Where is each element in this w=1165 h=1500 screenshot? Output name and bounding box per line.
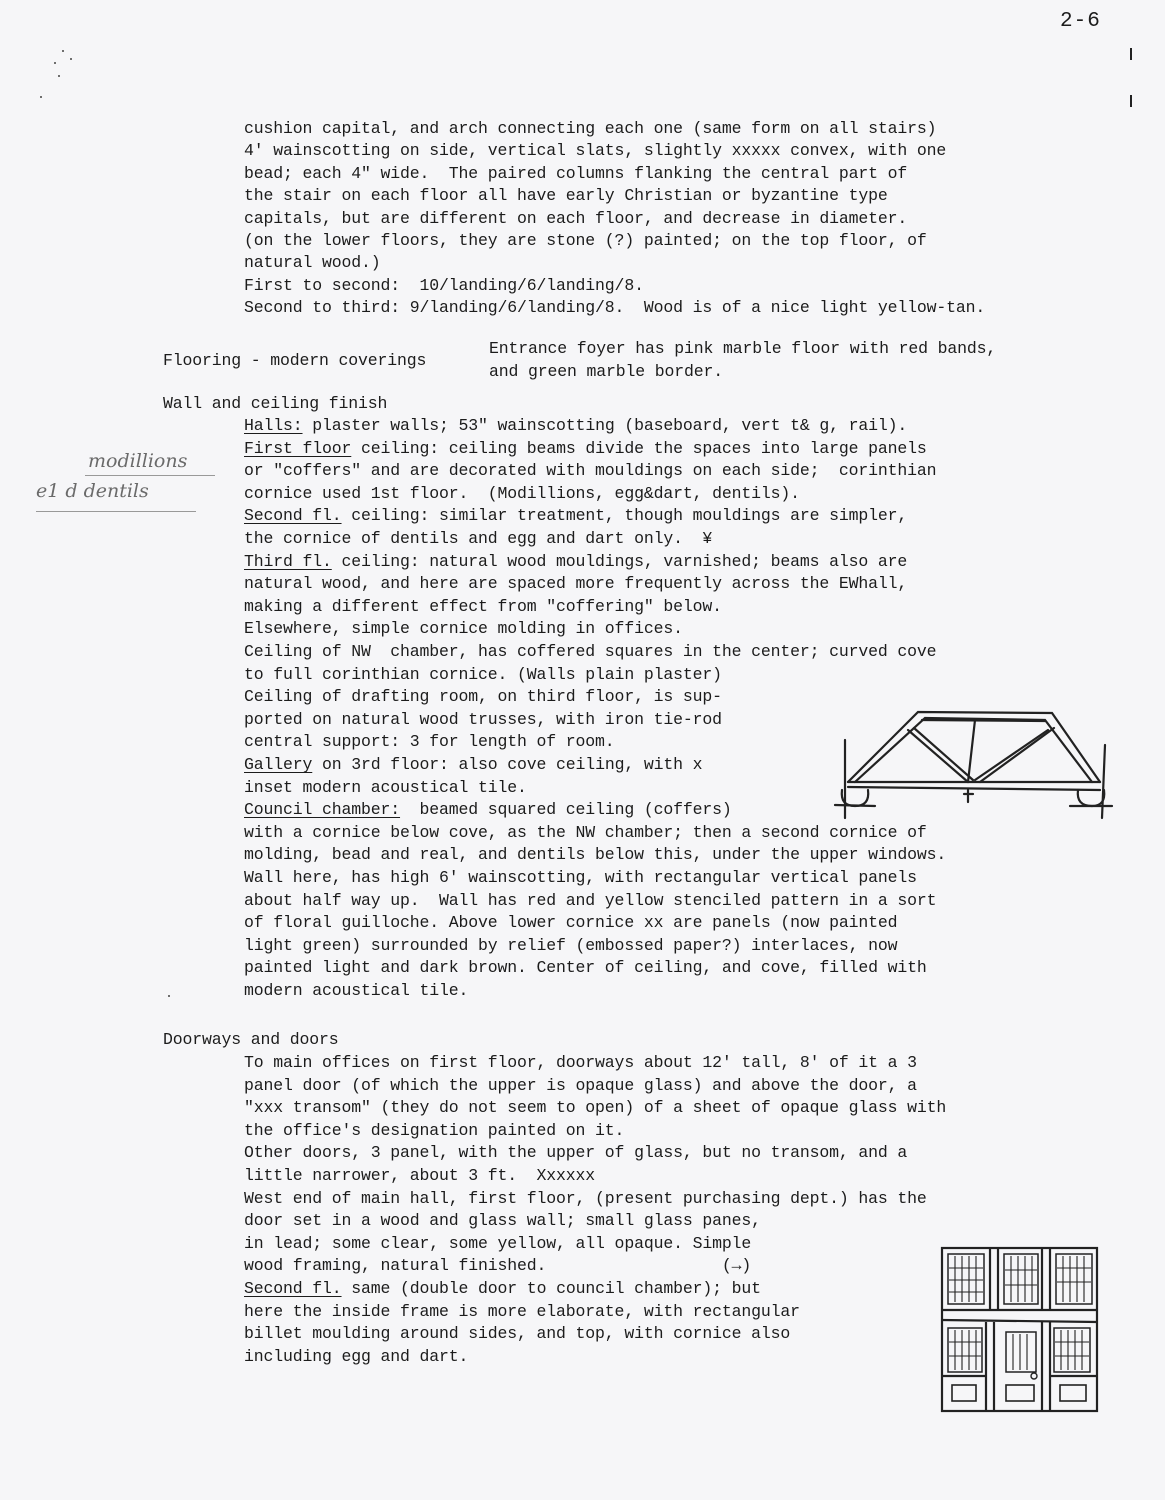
- text-line: natural wood.): [244, 252, 381, 274]
- line-text: molding, bead and real, and dentils belo…: [244, 845, 946, 864]
- text-line: Other doors, 3 panel, with the upper of …: [244, 1142, 907, 1164]
- line-text: inset modern acoustical tile.: [244, 778, 527, 797]
- line-text: natural wood, and here are spaced more f…: [244, 574, 907, 593]
- underlined-label: Council chamber:: [244, 800, 400, 819]
- margin-mark: [1130, 48, 1132, 60]
- underlined-label: Third fl.: [244, 552, 332, 571]
- text-line: light green) surrounded by relief (embos…: [244, 935, 897, 957]
- text-line: Halls: plaster walls; 53" wainscotting (…: [244, 415, 907, 437]
- text-line: or "coffers" and are decorated with moul…: [244, 460, 936, 482]
- text-line: painted light and dark brown. Center of …: [244, 957, 927, 979]
- page-number: 2-6: [1060, 10, 1101, 33]
- underlined-label: Second fl.: [244, 506, 342, 525]
- text-line: cushion capital, and arch connecting eac…: [244, 118, 936, 140]
- text-line: the stair on each floor all have early C…: [244, 185, 888, 207]
- text-line: natural wood, and here are spaced more f…: [244, 573, 907, 595]
- line-text: painted light and dark brown. Center of …: [244, 958, 927, 977]
- text-line: Elsewhere, simple cornice molding in off…: [244, 618, 683, 640]
- line-text: in lead; some clear, some yellow, all op…: [244, 1234, 751, 1253]
- line-text: Wall here, has high 6' wainscotting, wit…: [244, 868, 917, 887]
- line-text: here the inside frame is more elaborate,…: [244, 1302, 800, 1321]
- text-line: West end of main hall, first floor, (pre…: [244, 1188, 927, 1210]
- line-text: to full corinthian cornice. (Walls plain…: [244, 665, 722, 684]
- text-line: about half way up. Wall has red and yell…: [244, 890, 936, 912]
- text-line: the office's designation painted on it.: [244, 1120, 624, 1142]
- text-line: in lead; some clear, some yellow, all op…: [244, 1233, 751, 1255]
- text-line: Second to third: 9/landing/6/landing/8. …: [244, 297, 985, 319]
- line-text: central support: 3 for length of room.: [244, 732, 615, 751]
- line-text: Ceiling of NW chamber, has coffered squa…: [244, 642, 936, 661]
- line-text: ceiling: natural wood mouldings, varnish…: [332, 552, 907, 571]
- line-text: with a cornice below cove, as the NW cha…: [244, 823, 927, 842]
- text-line: here the inside frame is more elaborate,…: [244, 1301, 800, 1323]
- line-text: making a different effect from "cofferin…: [244, 597, 722, 616]
- text-line: little narrower, about 3 ft. Xxxxxx: [244, 1165, 595, 1187]
- margin-note-2: e1 d dentils: [36, 480, 149, 502]
- line-text: little narrower, about 3 ft. Xxxxxx: [244, 1166, 595, 1185]
- text-line: panel door (of which the upper is opaque…: [244, 1075, 917, 1097]
- text-line: "xxx transom" (they do not seem to open)…: [244, 1097, 946, 1119]
- underlined-label: Halls:: [244, 416, 303, 435]
- roof-truss-sketch: [830, 690, 1130, 820]
- text-line: (on the lower floors, they are stone (?)…: [244, 230, 927, 252]
- line-text: of floral guilloche. Above lower cornice…: [244, 913, 897, 932]
- line-text: ceiling: ceiling beams divide the spaces…: [351, 439, 926, 458]
- underlined-label: Second fl.: [244, 1279, 342, 1298]
- underlined-label: First floor: [244, 439, 351, 458]
- text-line: modern acoustical tile.: [244, 980, 468, 1002]
- underlined-label: Gallery: [244, 755, 312, 774]
- line-text: West end of main hall, first floor, (pre…: [244, 1189, 927, 1208]
- text-line: Third fl. ceiling: natural wood moulding…: [244, 551, 907, 573]
- line-text: panel door (of which the upper is opaque…: [244, 1076, 917, 1095]
- line-text: billet moulding around sides, and top, w…: [244, 1324, 790, 1343]
- text-line: ported on natural wood trusses, with iro…: [244, 709, 722, 731]
- line-text: the cornice of dentils and egg and dart …: [244, 529, 712, 548]
- line-text: same (double door to council chamber); b…: [342, 1279, 761, 1298]
- line-text: beamed squared ceiling (coffers): [400, 800, 732, 819]
- text-line: making a different effect from "cofferin…: [244, 596, 722, 618]
- line-text: ceiling: similar treatment, though mould…: [342, 506, 908, 525]
- text-line: First to second: 10/landing/6/landing/8.: [244, 275, 644, 297]
- line-text: To main offices on first floor, doorways…: [244, 1053, 917, 1072]
- line-text: Elsewhere, simple cornice molding in off…: [244, 619, 683, 638]
- line-text: wood framing, natural finished. (→): [244, 1256, 751, 1275]
- flooring-heading: Flooring - modern coverings: [163, 350, 426, 372]
- text-line: of floral guilloche. Above lower cornice…: [244, 912, 897, 934]
- text-line: 4' wainscotting on side, vertical slats,…: [244, 140, 946, 162]
- doorways-heading: Doorways and doors: [163, 1029, 339, 1051]
- text-line: molding, bead and real, and dentils belo…: [244, 844, 946, 866]
- door-and-glass-wall-sketch: [920, 1230, 1140, 1430]
- text-line: billet moulding around sides, and top, w…: [244, 1323, 790, 1345]
- line-text: Other doors, 3 panel, with the upper of …: [244, 1143, 907, 1162]
- text-line: Council chamber: beamed squared ceiling …: [244, 799, 732, 821]
- line-text: the office's designation painted on it.: [244, 1121, 624, 1140]
- line-text: ported on natural wood trusses, with iro…: [244, 710, 722, 729]
- line-text: modern acoustical tile.: [244, 981, 468, 1000]
- text-line: First floor ceiling: ceiling beams divid…: [244, 438, 927, 460]
- line-text: including egg and dart.: [244, 1347, 468, 1366]
- text-line: Gallery on 3rd floor: also cove ceiling,…: [244, 754, 702, 776]
- text-line: Wall here, has high 6' wainscotting, wit…: [244, 867, 917, 889]
- line-text: "xxx transom" (they do not seem to open)…: [244, 1098, 946, 1117]
- line-text: Ceiling of drafting room, on third floor…: [244, 687, 722, 706]
- text-line: central support: 3 for length of room.: [244, 731, 615, 753]
- text-line: cornice used 1st floor. (Modillions, egg…: [244, 483, 800, 505]
- flooring-text-2: and green marble border.: [489, 361, 723, 383]
- line-text: door set in a wood and glass wall; small…: [244, 1211, 761, 1230]
- line-text: cornice used 1st floor. (Modillions, egg…: [244, 484, 800, 503]
- line-text: on 3rd floor: also cove ceiling, with x: [312, 755, 702, 774]
- margin-mark: [1130, 95, 1132, 107]
- text-line: wood framing, natural finished. (→): [244, 1255, 751, 1277]
- line-text: plaster walls; 53" wainscotting (baseboa…: [303, 416, 908, 435]
- flooring-text-1: Entrance foyer has pink marble floor wit…: [489, 338, 996, 360]
- line-text: about half way up. Wall has red and yell…: [244, 891, 936, 910]
- text-line: the cornice of dentils and egg and dart …: [244, 528, 712, 550]
- line-text: or "coffers" and are decorated with moul…: [244, 461, 936, 480]
- text-line: with a cornice below cove, as the NW cha…: [244, 822, 927, 844]
- text-line: Second fl. same (double door to council …: [244, 1278, 761, 1300]
- text-line: To main offices on first floor, doorways…: [244, 1052, 917, 1074]
- margin-note-1: modillions: [88, 450, 187, 472]
- text-line: Ceiling of drafting room, on third floor…: [244, 686, 722, 708]
- line-text: light green) surrounded by relief (embos…: [244, 936, 897, 955]
- text-line: to full corinthian cornice. (Walls plain…: [244, 664, 722, 686]
- text-line: Ceiling of NW chamber, has coffered squa…: [244, 641, 936, 663]
- text-line: including egg and dart.: [244, 1346, 468, 1368]
- text-line: Second fl. ceiling: similar treatment, t…: [244, 505, 907, 527]
- text-line: door set in a wood and glass wall; small…: [244, 1210, 761, 1232]
- text-line: inset modern acoustical tile.: [244, 777, 527, 799]
- text-line: capitals, but are different on each floo…: [244, 208, 907, 230]
- text-line: bead; each 4" wide. The paired columns f…: [244, 163, 907, 185]
- wall-ceiling-heading: Wall and ceiling finish: [163, 393, 387, 415]
